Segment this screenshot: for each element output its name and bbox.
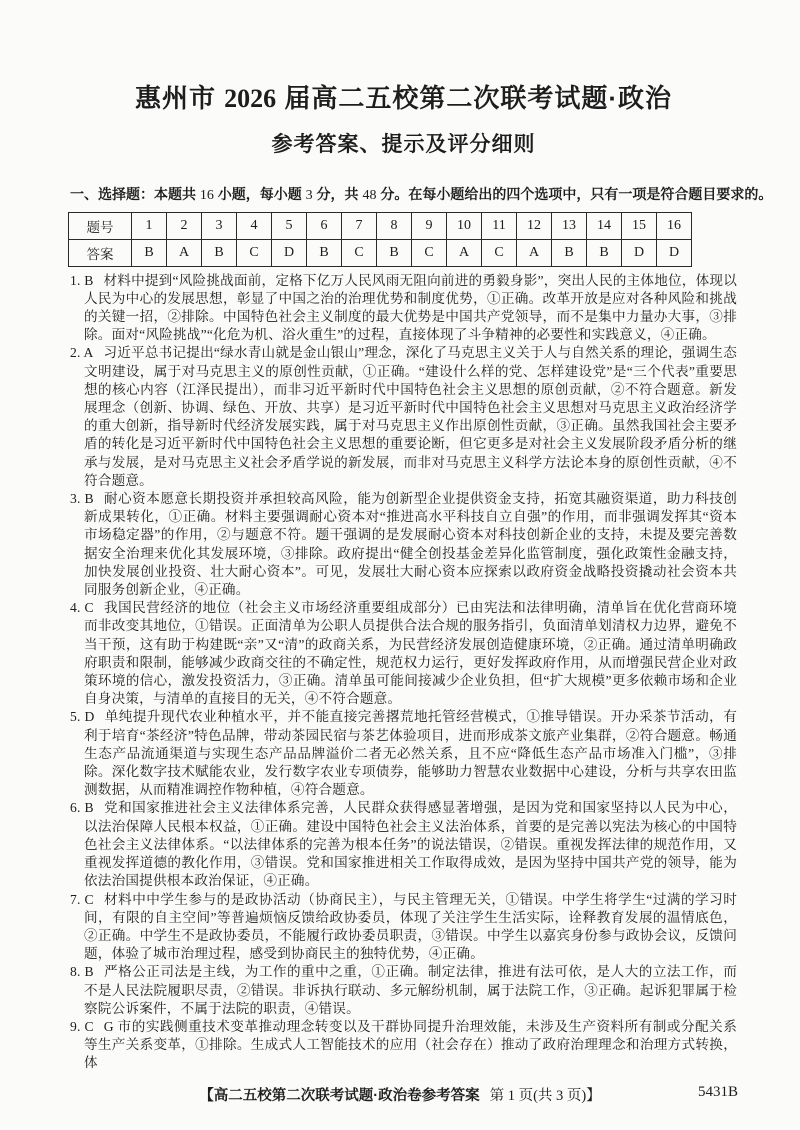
question-number: 12: [517, 212, 552, 239]
question-number: 7: [342, 212, 377, 239]
question-number: 6: [307, 212, 342, 239]
item-text: 材料中提到“风险挑战面前，定格下亿万人民风雨无阻向前进的勇毅身影”，突出人民的主…: [84, 273, 737, 343]
title-part-1: 惠州市: [135, 83, 224, 113]
explanation-item-3: 3. B耐心资本愿意长期投资并承担较高风险，能为创新型企业提供资金支持，拓宽其融…: [70, 490, 737, 599]
item-text: 单纯提升现代农业种植水平，并不能直接完善撂荒地托管经营模式，①推导错误。开办采茶…: [84, 709, 737, 797]
answer-table-answer-row: 答案 B A B C D B C B C A C A B B D D: [69, 239, 692, 266]
item-text: 习近平总书记提出“绿水青山就是金山银山”理念，深化了马克思主义关于人与自然关系的…: [84, 345, 737, 487]
explanation-item-1: 1. B材料中提到“风险挑战面前，定格下亿万人民风雨无阻向前进的勇毅身影”，突出…: [70, 272, 737, 345]
item-text: G 市的实践侧重技术变革推动理念转变以及干群协同提升治理效能，未涉及生产资料所有…: [84, 1019, 737, 1070]
explanation-item-6: 6. B党和国家推进社会主义法律体系完善，人民群众获得感显著增强，是因为党和国家…: [70, 799, 737, 890]
question-number: 9: [412, 212, 447, 239]
explanation-item-5: 5. D单纯提升现代农业种植水平，并不能直接完善撂荒地托管经营模式，①推导错误。…: [70, 708, 737, 799]
answer-cell: B: [132, 239, 167, 266]
section-heading: 一、选择题：本题共 16 小题，每小题 3 分，共 48 分。在每小题给出的四个…: [70, 185, 737, 205]
question-number: 11: [482, 212, 517, 239]
section-question-count: 16: [200, 188, 214, 203]
section-heading-text-2: 小题，每小题: [214, 186, 306, 202]
page-subtitle: 参考答案、提示及评分细则: [70, 128, 737, 158]
section-heading-text-4: 分。在每小题给出的四个选项中，只有一项是符合题目要求的。: [376, 186, 772, 202]
answer-cell: B: [587, 239, 622, 266]
explanation-item-9: 9. CG 市的实践侧重技术变革推动理念转变以及干群协同提升治理效能，未涉及生产…: [70, 1018, 737, 1073]
question-number: 3: [202, 212, 237, 239]
question-number: 2: [167, 212, 202, 239]
section-points-total: 48: [362, 188, 376, 203]
answer-table: 题号 1 2 3 4 5 6 7 8 9 10 11 12 13 14 15 1…: [68, 212, 692, 267]
question-number: 13: [552, 212, 587, 239]
item-label: 2. A: [70, 345, 103, 360]
item-label: 7. C: [70, 892, 104, 907]
question-number: 16: [657, 212, 692, 239]
item-label: 8. B: [70, 964, 104, 979]
answer-cell: A: [167, 239, 202, 266]
row-label-number: 题号: [69, 212, 132, 239]
answer-table-number-row: 题号 1 2 3 4 5 6 7 8 9 10 11 12 13 14 15 1…: [69, 212, 692, 239]
row-label-answer: 答案: [69, 239, 132, 266]
item-label: 5. D: [70, 709, 104, 724]
explanation-item-8: 8. B严格公正司法是主线，为工作的重中之重，①正确。制定法律，推进有法可依，是…: [70, 963, 737, 1018]
question-number: 15: [622, 212, 657, 239]
item-text: 党和国家推进社会主义法律体系完善，人民群众获得感显著增强，是因为党和国家坚持以人…: [84, 800, 737, 888]
item-label: 9. C: [70, 1019, 104, 1034]
answer-cell: D: [657, 239, 692, 266]
explanation-item-7: 7. C材料中中学生参与的是政协活动（协商民主），与民主管理无关，①错误。中学生…: [70, 891, 737, 964]
item-text: 耐心资本愿意长期投资并承担较高风险，能为创新型企业提供资金支持，拓宽其融资渠道，…: [84, 491, 737, 597]
question-number: 4: [237, 212, 272, 239]
item-label: 1. B: [70, 273, 103, 288]
section-heading-text-3: 分，共: [313, 186, 363, 202]
page-title: 惠州市 2026 届高二五校第二次联考试题·政治: [70, 84, 737, 114]
section-heading-text-1: 一、选择题：本题共: [70, 186, 200, 202]
answer-cell: C: [237, 239, 272, 266]
answer-cell: C: [482, 239, 517, 266]
question-number: 14: [587, 212, 622, 239]
answer-cell: B: [377, 239, 412, 266]
item-text: 严格公正司法是主线，为工作的重中之重，①正确。制定法律，推进有法可依，是人大的立…: [84, 964, 737, 1015]
explanation-item-4: 4. C我国民营经济的地位（社会主义市场经济重要组成部分）已由宪法和法律明确，清…: [70, 599, 737, 708]
answer-cell: B: [552, 239, 587, 266]
answer-cell: B: [307, 239, 342, 266]
answer-cell: A: [447, 239, 482, 266]
item-text: 材料中中学生参与的是政协活动（协商民主），与民主管理无关，①错误。中学生将学生“…: [84, 892, 737, 962]
title-year: 2026: [224, 84, 276, 113]
answer-cell: D: [622, 239, 657, 266]
explanation-item-2: 2. A习近平总书记提出“绿水青山就是金山银山”理念，深化了马克思主义关于人与自…: [70, 344, 737, 490]
answer-cell: B: [202, 239, 237, 266]
question-number: 5: [272, 212, 307, 239]
item-label: 3. B: [70, 491, 104, 506]
item-label: 6. B: [70, 800, 104, 815]
section-points-each: 3: [306, 188, 313, 203]
question-number: 10: [447, 212, 482, 239]
footer-exam-name: 【高二五校第二次联考试题·政治卷参考答案: [199, 1088, 479, 1104]
answer-cell: A: [517, 239, 552, 266]
answer-cell: C: [342, 239, 377, 266]
question-number: 1: [132, 212, 167, 239]
title-part-2: 届高二五校第二次联考试题·政治: [276, 83, 672, 113]
footer-page-number: 第 1 页(共 3 页)】: [480, 1088, 601, 1104]
exam-answer-page: 惠州市 2026 届高二五校第二次联考试题·政治 参考答案、提示及评分细则 一、…: [0, 0, 800, 1130]
item-text: 我国民营经济的地位（社会主义市场经济重要组成部分）已由宪法和法律明确，清单旨在优…: [84, 600, 737, 706]
footer-paper-code: 5431B: [698, 1084, 738, 1101]
answer-cell: D: [272, 239, 307, 266]
question-number: 8: [377, 212, 412, 239]
page-footer: 【高二五校第二次联考试题·政治卷参考答案第 1 页(共 3 页)】 5431B: [0, 1084, 800, 1105]
item-label: 4. C: [70, 600, 104, 615]
explanation-list: 1. B材料中提到“风险挑战面前，定格下亿万人民风雨无阻向前进的勇毅身影”，突出…: [70, 272, 737, 1073]
answer-cell: C: [412, 239, 447, 266]
